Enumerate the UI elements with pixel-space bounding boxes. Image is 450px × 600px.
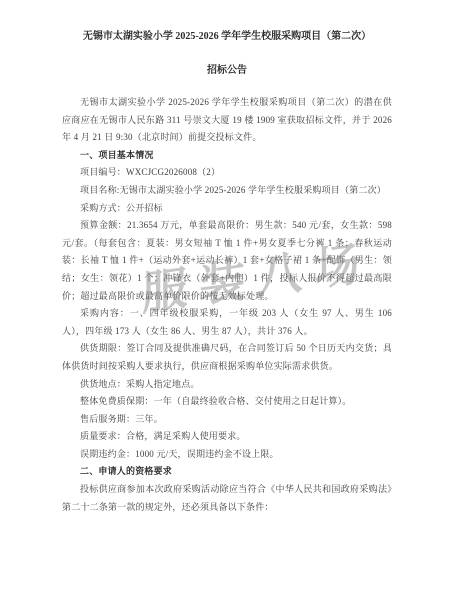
late-penalty: 误期违约金：1000 元/天，误期违约金不设上限。 — [62, 446, 392, 464]
document-page: 无锡市太湖实验小学 2025-2026 学年学生校服采购项目（第二次） 招标公告… — [0, 0, 450, 600]
warranty-period: 整体免费质保期：一年（自最终验收合格、交付使用之日起计算）。 — [62, 393, 392, 411]
section-2-heading: 二、申请人的资格要求 — [62, 463, 392, 481]
qualification-paragraph: 投标供应商参加本次政府采购活动除应当符合《中华人民共和国政府采购法》第二十二条第… — [62, 481, 392, 516]
delivery-location: 供货地点：采购人指定地点。 — [62, 376, 392, 394]
project-number: 项目编号：WXCJCG2026008（2） — [62, 164, 392, 182]
quality-requirement: 质量要求：合格，满足采购人使用要求。 — [62, 428, 392, 446]
doc-subtitle: 招标公告 — [62, 64, 392, 78]
project-name: 项目名称:无锡市太湖实验小学 2025-2026 学年学生校服采购项目（第二次） — [62, 182, 392, 200]
page-title: 无锡市太湖实验小学 2025-2026 学年学生校服采购项目（第二次） — [62, 30, 392, 44]
budget-amount: 预算金额：21.3654 万元，单套最高限价：男生款：540 元/套，女生款：5… — [62, 217, 392, 305]
procurement-method: 采购方式：公开招标 — [62, 200, 392, 218]
intro-paragraph: 无锡市太湖实验小学 2025-2026 学年学生校服采购项目（第二次）的潜在供应… — [62, 94, 392, 147]
section-1-heading: 一、项目基本情况 — [62, 147, 392, 165]
after-sales-period: 售后服务期：三年。 — [62, 411, 392, 429]
delivery-period: 供货期限：签订合同及提供准确尺码，在合同签订后 50 个日历天内交货；具体供货时… — [62, 340, 392, 375]
procurement-content: 采购内容：一、四年级校服采购，一年级 203 人（女生 97 人、男生 106 … — [62, 305, 392, 340]
document-content: 无锡市太湖实验小学 2025-2026 学年学生校服采购项目（第二次） 招标公告… — [62, 30, 392, 516]
